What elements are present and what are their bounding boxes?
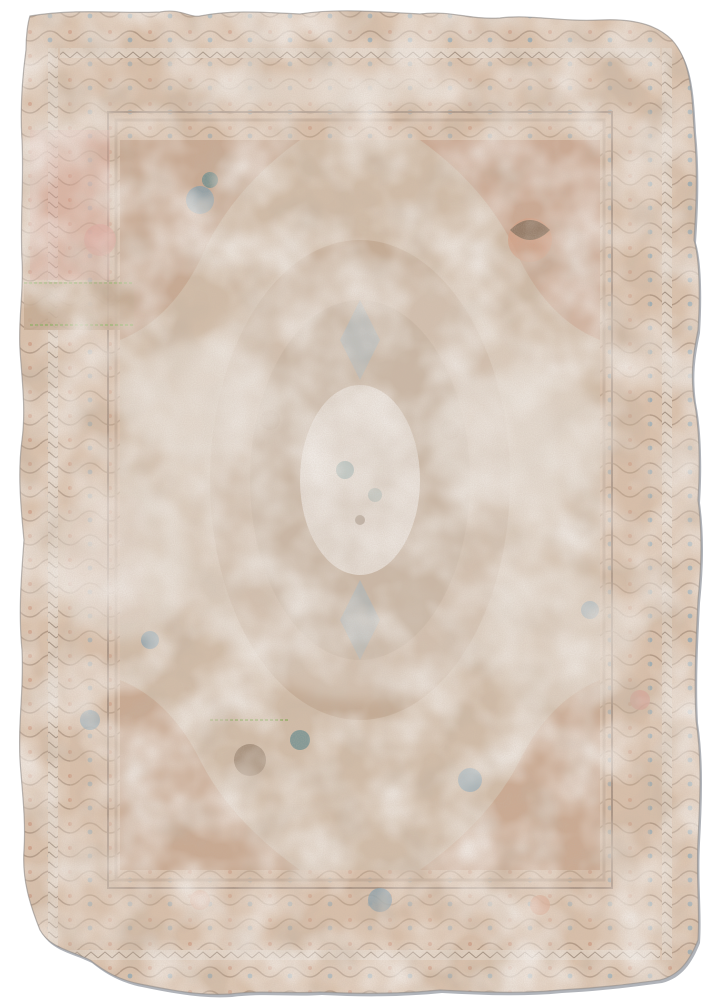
rug-body (0, 0, 720, 1008)
rug-image (0, 0, 720, 1008)
rug-photo-scene (0, 0, 720, 1008)
